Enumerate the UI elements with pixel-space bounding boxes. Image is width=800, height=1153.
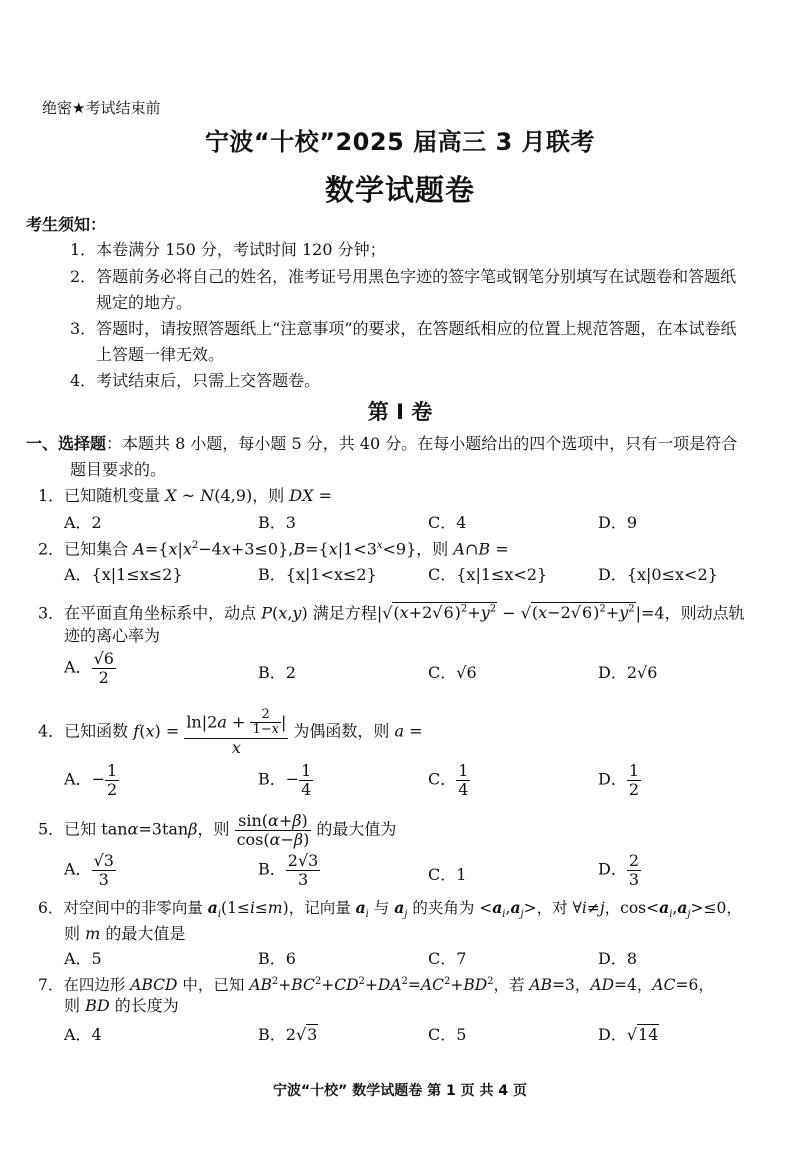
q7-option-d: D．√14	[598, 1022, 659, 1045]
q7-option-a: A．4	[64, 1022, 102, 1045]
confidential-mark: 绝密★考试结束前	[42, 97, 160, 118]
section-intro: 一、选择题：本题共 8 小题，每小题 5 分，共 40 分。在每小题给出的四个选…	[26, 432, 737, 456]
q3-option-b: B．2	[258, 660, 296, 683]
question-7-cont: 则 BD 的长度为	[64, 994, 179, 1018]
q1-option-c: C．4	[428, 510, 466, 533]
q2-option-c: C．{x|1≤x<2}	[428, 562, 547, 585]
q5-option-a: A．√33	[64, 852, 116, 888]
q2-option-a: A．{x|1≤x≤2}	[64, 562, 183, 585]
q4-option-d: D．12	[598, 762, 641, 798]
q6-option-a: A．5	[64, 946, 102, 969]
notice-item: 1．本卷满分 150 分，考试时间 120 分钟；	[70, 238, 386, 262]
q6-option-b: B．6	[258, 946, 296, 969]
notice-item: 3．答题时，请按照答题纸上“注意事项”的要求，在答题纸相应的位置上规范答题，在本…	[70, 317, 737, 341]
q5-option-d: D．23	[598, 852, 641, 888]
q3-option-d: D．2√6	[598, 660, 657, 683]
notice-item: 规定的地方。	[96, 291, 192, 315]
q6-option-c: C．7	[428, 946, 466, 969]
section-title: 第 I 卷	[0, 396, 800, 426]
notice-item: 上答题一律无效。	[96, 343, 224, 367]
question-2: 2．已知集合 A={x|x2−4x+3≤0},B={x|1<3x<9}，则 A∩…	[38, 534, 509, 561]
q1-option-a: A．2	[64, 510, 102, 533]
section-intro-cont: 题目要求的。	[70, 458, 166, 482]
q4-option-a: A．−12	[64, 762, 119, 798]
exam-subtitle: 数学试题卷	[0, 168, 800, 209]
q2-option-b: B．{x|1<x≤2}	[258, 562, 377, 585]
q1-option-d: D．9	[598, 510, 637, 533]
page-footer: 宁波“十校” 数学试题卷 第 1 页 共 4 页	[0, 1080, 800, 1100]
question-1: 1．已知随机变量 X ~ N(4,9)，则 DX =	[38, 484, 332, 508]
question-4: 4．已知函数 f(x) = ln|2a + 21−x|x 为偶函数，则 a =	[38, 708, 423, 756]
exam-title: 宁波“十校”2025 届高三 3 月联考	[0, 122, 800, 157]
question-3-cont: 迹的离心率为	[64, 624, 160, 648]
question-6-cont: 则 m 的最大值是	[64, 922, 185, 946]
q2-option-d: D．{x|0≤x<2}	[598, 562, 718, 585]
q1-option-b: B．3	[258, 510, 296, 533]
q3-option-a: A．√62	[64, 650, 116, 686]
q7-option-b: B．2√3	[258, 1022, 318, 1045]
notice-item: 4．考试结束后，只需上交答题卷。	[70, 369, 320, 393]
q5-option-c: C．1	[428, 862, 466, 885]
question-3: 3．在平面直角坐标系中，动点 P(x,y) 满足方程|√(x+2√6)2+y2 …	[38, 598, 745, 625]
notice-item: 2．答题前务必将自己的姓名，准考证号用黑色字迹的签字笔或钢笔分别填写在试题卷和答…	[70, 265, 736, 289]
section-intro-text: ：本题共 8 小题，每小题 5 分，共 40 分。在每小题给出的四个选项中，只有…	[106, 434, 737, 453]
notice-heading: 考生须知：	[26, 212, 106, 235]
q6-option-d: D．8	[598, 946, 637, 969]
q3-option-c: C．√6	[428, 660, 477, 683]
section-intro-heading: 一、选择题	[26, 434, 106, 453]
q5-option-b: B．2√33	[258, 852, 320, 888]
q7-option-c: C．5	[428, 1022, 466, 1045]
question-5: 5．已知 tanα=3tanβ，则 sin(α+β)cos(α−β) 的最大值为	[38, 812, 396, 848]
q4-option-c: C．14	[428, 762, 470, 798]
q4-option-b: B．−14	[258, 762, 313, 798]
